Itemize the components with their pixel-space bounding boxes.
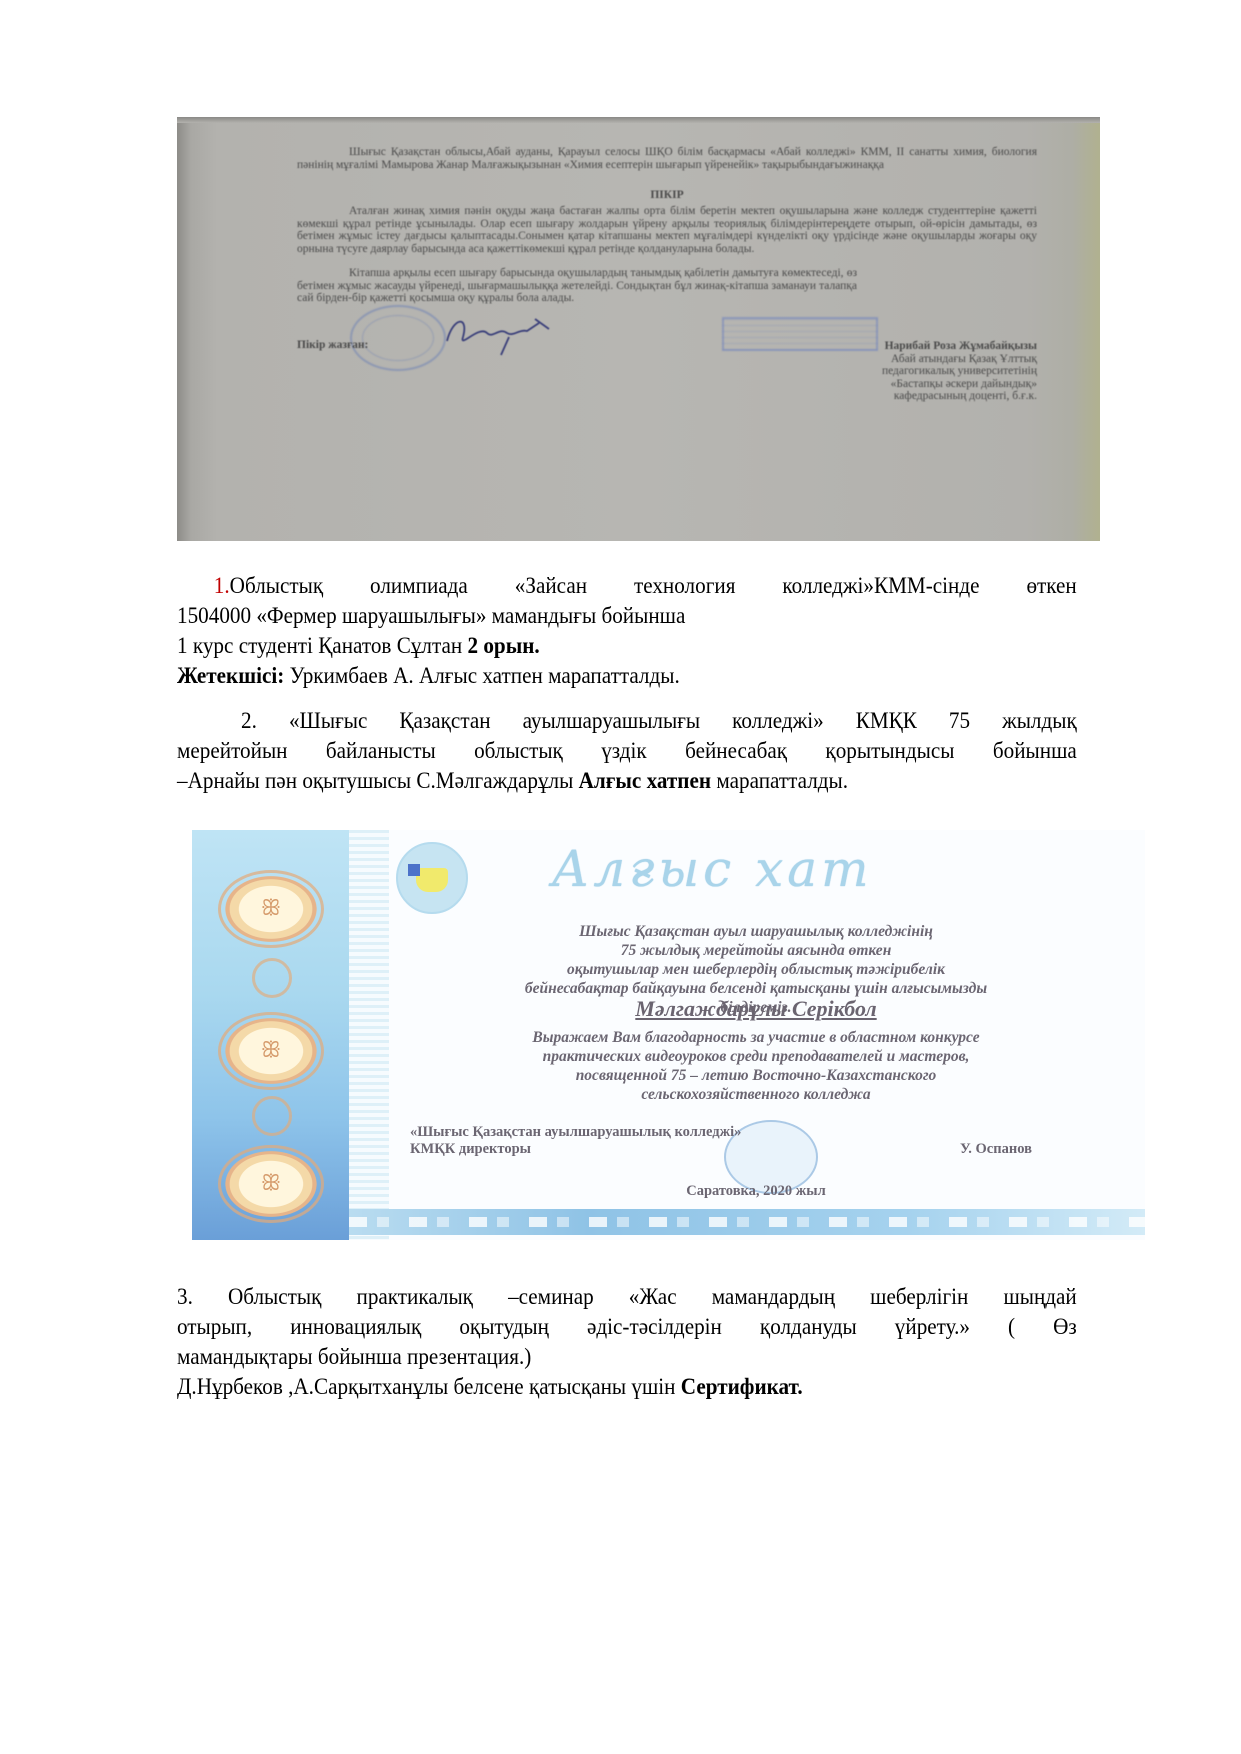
reviewer-block: Нарибай Роза Жұмабайқызы Абай атындағы Қ… [737, 340, 1037, 403]
ornament-knot-icon [252, 958, 292, 998]
item2-line3: –Арнайы пән оқытушысы С.Мәлгаждарұлы Алғ… [177, 766, 1077, 796]
certificate-title: Алғыс хат [492, 840, 932, 898]
reviewer-title-4: кафедрасының доценті, б.ғ.к. [737, 390, 1037, 403]
reviewer-title-3: «Бастапқы әскери дайындық» [737, 378, 1037, 391]
round-stamp-icon [350, 305, 446, 371]
review-body-1: Аталған жинақ химия пәнін оқуды жаңа бас… [297, 205, 1037, 255]
item3-line2: отырып, инновациялық оқытудың әдіс-тәсіл… [177, 1312, 1077, 1342]
ornament-medallion-icon: ꕥ [218, 870, 324, 948]
supervisor-label: Жетекшісі: [177, 663, 284, 688]
item2-line2: мерейтойын байланысты облыстық үздік бей… [177, 736, 1077, 766]
item2-line1: 2. «Шығыс Қазақстан ауылшаруашылығы колл… [177, 706, 1077, 736]
photo-shadow [177, 117, 1100, 123]
review-letter-photo: Шығыс Қазақстан облысы,Абай ауданы, Қара… [177, 117, 1100, 541]
review-body-2: Кітапша арқылы есеп шығару барысында оқу… [297, 267, 857, 305]
item3-line4: Д.Нұрбеков ,А.Сарқытханұлы белсене қатыс… [177, 1372, 1077, 1402]
reviewer-title-1: Абай атындағы Қазақ Ұлттық [737, 353, 1037, 366]
ornament-bottom-band [349, 1209, 1145, 1235]
certificate-place-year: Саратовка, 2020 жыл [380, 1183, 1132, 1200]
signature-icon [439, 307, 559, 357]
review-intro: Шығыс Қазақстан облысы,Абай ауданы, Қара… [297, 146, 1037, 171]
ornament-medallion-icon: ꕥ [218, 1012, 324, 1090]
item1-number: 1. [214, 573, 230, 598]
reviewer-name: Нарибай Роза Жұмабайқызы [737, 340, 1037, 353]
reviewer-title-2: педагогикалық университетінің [737, 365, 1037, 378]
certificate-recipient: Мәлгаждарұлы Серікбол [380, 996, 1132, 1022]
review-signature-label: Пікір жазған: [297, 339, 368, 352]
item1-line2: 1504000 «Фермер шаруашылығы» мамандығы б… [177, 601, 1077, 631]
certificate-director: У. Оспанов [960, 1141, 1032, 1158]
college-logo-icon [396, 842, 468, 914]
review-title: ПІКІР [297, 189, 1037, 202]
certificate-rus-text: Выражаем Вам благодарность за участие в … [380, 1028, 1132, 1104]
certificate-image: ꕥ ꕥ ꕥ Алғыс хат Шығыс Қазақстан ауыл шар… [192, 830, 1145, 1240]
award-type: Алғыс хатпен [579, 768, 711, 793]
certificate-award: Сертификат. [681, 1374, 803, 1399]
achievement-item-1: 1.Облыстық олимпиада «Зайсан технология … [177, 571, 1077, 691]
item1-supervisor: Жетекшісі: Уркимбаев А. Алғыс хатпен мар… [177, 661, 1077, 691]
ornament-medallion-icon: ꕥ [218, 1145, 324, 1223]
certificate-org: «Шығыс Қазақстан ауылшаруашылық колледжі… [410, 1124, 741, 1158]
achievement-item-3: 3. Облыстық практикалық –семинар «Жас ма… [177, 1282, 1077, 1402]
item1-line1: 1.Облыстық олимпиада «Зайсан технология … [177, 571, 1077, 601]
item3-line3: мамандықтары бойынша презентация.) [177, 1342, 1077, 1372]
achievement-item-2: 2. «Шығыс Қазақстан ауылшаруашылығы колл… [177, 706, 1077, 796]
place-award: 2 орын. [467, 633, 539, 658]
item3-line1: 3. Облыстық практикалық –семинар «Жас ма… [177, 1282, 1077, 1312]
item1-line3: 1 курс студенті Қанатов Сұлтан 2 орын. [177, 631, 1077, 661]
ornament-band: ꕥ ꕥ ꕥ [192, 830, 349, 1240]
ornament-knot-icon [252, 1096, 292, 1136]
